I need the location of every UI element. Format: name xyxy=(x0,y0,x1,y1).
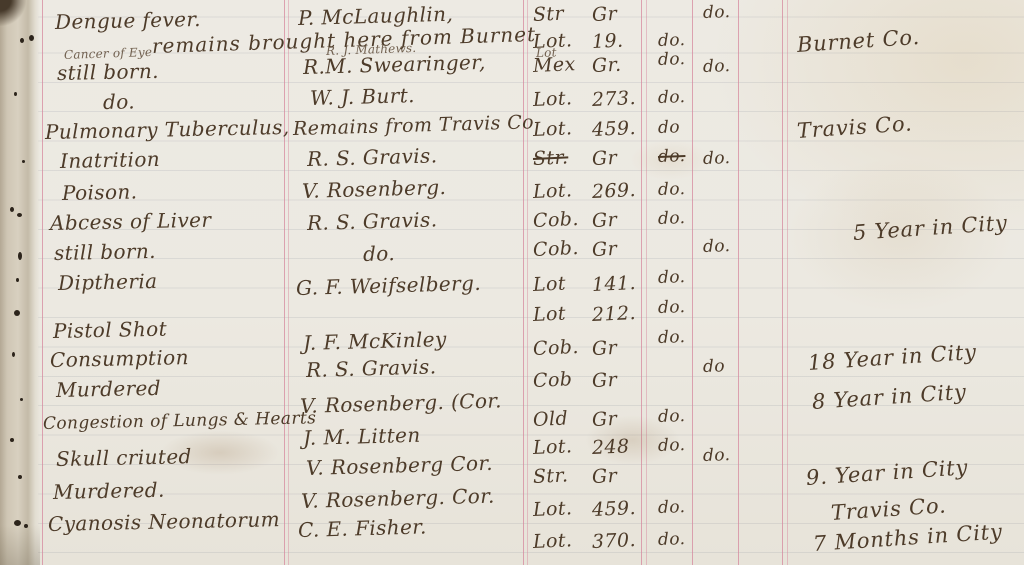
column-rule-remarks-left-b xyxy=(787,0,788,565)
ditto-mark: do. xyxy=(658,435,686,456)
name-text: do. xyxy=(363,241,396,266)
ledger-page: Dengue fever.P. McLaughlin,StrGrdo.remai… xyxy=(0,0,1024,565)
grave-number-text: Gr xyxy=(592,337,618,360)
grave-location-text: Cob xyxy=(533,368,573,392)
name-text: R.M. Swearinger, xyxy=(303,50,486,79)
grave-number-text: Gr xyxy=(592,238,618,261)
column-rule-ditto1-right xyxy=(692,0,693,565)
cause-of-death-text: Abcess of Liver xyxy=(50,208,212,235)
name-text: R. S. Gravis. xyxy=(307,143,438,171)
grave-location-text: Lot. xyxy=(533,529,573,553)
cause-of-death-text: still born. xyxy=(57,59,159,85)
cause-of-death-text: Cyanosis Neonatorum xyxy=(48,507,280,536)
ditto-mark: do. xyxy=(658,327,686,348)
ditto-mark: do. xyxy=(703,2,731,23)
ditto-mark: do. xyxy=(658,87,686,108)
ditto-mark: do xyxy=(658,117,681,138)
grave-location-text: Old xyxy=(533,407,569,431)
book-binding-edge xyxy=(0,0,40,565)
grave-number-text: 459. xyxy=(592,497,637,521)
ditto-mark: do. xyxy=(703,56,731,77)
ditto-mark: do. xyxy=(658,179,686,200)
name-text: C. E. Fisher. xyxy=(298,514,427,542)
grave-location-text: Cob. xyxy=(533,208,580,232)
grave-location-text: Str xyxy=(533,3,565,26)
cause-of-death-text: Skull criuted xyxy=(56,444,192,471)
ditto-mark: do. xyxy=(703,148,731,169)
grave-location-text: Cob. xyxy=(533,237,580,261)
column-rule-ditto2-right xyxy=(738,0,739,565)
grave-number-text: 370. xyxy=(592,529,637,553)
column-rule-name-right-b xyxy=(527,0,528,565)
grave-number-text: Gr xyxy=(592,408,618,431)
name-text: J. M. Litten xyxy=(303,423,421,450)
ditto-mark: do. xyxy=(658,297,686,318)
grave-number-text: Gr xyxy=(592,147,618,170)
grave-location-text: Lot. xyxy=(533,179,573,203)
ditto-mark: do xyxy=(703,356,726,377)
name-text: W. J. Burt. xyxy=(310,83,416,110)
grave-number-text: Gr xyxy=(592,3,618,26)
cause-of-death-text: Poison. xyxy=(62,179,138,205)
cause-of-death-text: Consumption xyxy=(50,345,189,372)
grave-number-text: 269. xyxy=(592,179,637,203)
grave-location-text: Mex xyxy=(533,53,577,77)
ditto-mark: do. xyxy=(658,406,686,427)
ditto-mark: do. xyxy=(658,146,686,167)
cause-of-death-text: Pistol Shot xyxy=(53,317,167,343)
grave-location-text: Lot xyxy=(533,303,567,326)
grave-number-text: 141. xyxy=(592,272,637,296)
ditto-mark: do. xyxy=(658,49,686,70)
name-text: J. F. McKinley xyxy=(303,327,447,355)
grave-number-text: Gr. xyxy=(592,54,622,77)
column-rule-cause-right-b xyxy=(288,0,289,565)
grave-number-text: 212. xyxy=(592,302,637,326)
name-text: R. S. Gravis. xyxy=(306,354,437,382)
ditto-mark: do. xyxy=(658,267,686,288)
grave-number-text: 459. xyxy=(592,117,637,141)
grave-location-text: Lot. xyxy=(533,497,573,521)
cause-of-death-text: Murdered xyxy=(56,376,161,402)
grave-location-text: Lot. xyxy=(533,117,573,141)
grave-location-text: Lot. xyxy=(533,87,573,111)
cause-of-death-text: still born. xyxy=(54,239,156,265)
cause-of-death-text: Diptheria xyxy=(58,269,158,295)
grave-location-text: Str. xyxy=(533,146,569,170)
column-rule-margin xyxy=(42,0,43,565)
ditto-mark: do. xyxy=(703,445,731,466)
column-rule-grave-right-a xyxy=(641,0,642,565)
column-rule-grave-right-b xyxy=(646,0,647,565)
grave-number-text: 19. xyxy=(592,30,624,53)
cause-of-death-text: do. xyxy=(103,89,136,114)
ditto-mark: do. xyxy=(703,236,731,257)
grave-location-text: Lot. xyxy=(533,435,573,459)
cause-of-death-text: Pulmonary Tuberculus, xyxy=(45,115,290,144)
column-rule-remarks-left-a xyxy=(782,0,783,565)
grave-location-text: Str. xyxy=(533,464,569,488)
grave-number-text: Gr xyxy=(592,465,618,488)
cause-of-death-text: Inatrition xyxy=(60,147,161,173)
cause-of-death-text: Dengue fever. xyxy=(55,7,201,34)
grave-number-text: 273. xyxy=(592,87,637,111)
grave-number-text: Gr xyxy=(592,209,618,232)
ditto-mark: do. xyxy=(658,30,686,51)
cause-of-death-text: Murdered. xyxy=(53,478,165,504)
grave-location-text: Lot xyxy=(533,273,567,296)
ditto-mark: do. xyxy=(658,529,686,550)
name-text: R. S. Gravis. xyxy=(307,207,438,235)
name-text: V. Rosenberg. xyxy=(302,175,447,203)
grave-location-text: Cob. xyxy=(533,336,580,360)
grave-number-text: 248 xyxy=(592,435,630,459)
column-rule-name-right-a xyxy=(523,0,524,565)
ditto-mark: do. xyxy=(658,208,686,229)
ditto-mark: do. xyxy=(658,497,686,518)
column-rule-cause-right-a xyxy=(284,0,285,565)
grave-number-text: Gr xyxy=(592,369,618,392)
